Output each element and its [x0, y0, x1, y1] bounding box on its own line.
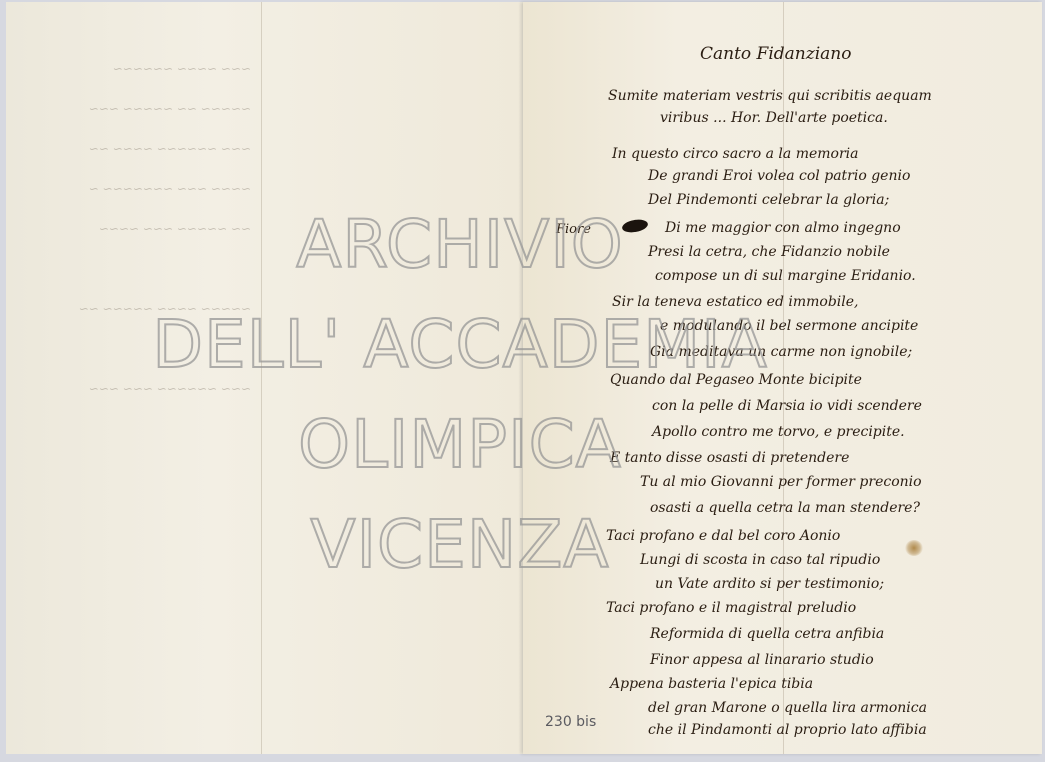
verse-line: Presi la cetra, che Fidanzio nobile	[648, 244, 890, 260]
margin-note: Fiore	[556, 222, 591, 237]
epigraph-line-2: viribus ... Hor. Dell'arte poetica.	[660, 110, 888, 126]
verse-line: In questo circo sacro a la memoria	[612, 146, 858, 162]
verse-line: Sir la teneva estatico ed immobile,	[612, 294, 858, 310]
verse-line: e modulando il bel sermone ancipite	[660, 318, 918, 334]
verse-line: Taci profano e dal bel coro Aonio	[606, 528, 840, 544]
epigraph-line-1: Sumite materiam vestris qui scribitis ae…	[608, 88, 932, 104]
verse-line: Di me maggior con almo ingegno	[665, 220, 901, 236]
verse-line: che il Pindamonti al proprio lato affibi…	[648, 722, 927, 738]
verse-line: del gran Marone o quella lira armonica	[648, 700, 927, 716]
verse-line: Apollo contro me torvo, e precipite.	[652, 424, 905, 440]
verse-line: con la pelle di Marsia io vidi scendere	[652, 398, 922, 414]
verse-line: Gia meditava un carme non ignobile;	[650, 344, 912, 360]
verse-line: compose un di sul margine Eridanio.	[655, 268, 916, 284]
ink-blot	[621, 218, 649, 234]
paper-stain	[905, 540, 923, 556]
verse-line: Lungi di scosta in caso tal ripudio	[640, 552, 880, 568]
poem-title: Canto Fidanziano	[700, 44, 851, 64]
manuscript-text: Canto Fidanziano Sumite materiam vestris…	[0, 0, 1045, 762]
verse-line: un Vate ardito si per testimonio;	[655, 576, 884, 592]
verse-line: Taci profano e il magistral preludio	[606, 600, 856, 616]
verse-line: E tanto disse osasti di pretendere	[610, 450, 849, 466]
verse-line: Finor appesa al linarario studio	[650, 652, 874, 668]
verse-line: Appena basteria l'epica tibia	[610, 676, 813, 692]
verse-line: Del Pindemonti celebrar la gloria;	[648, 192, 889, 208]
verse-line: Tu al mio Giovanni per former preconio	[640, 474, 922, 490]
shelfmark-number: 230 bis	[545, 714, 596, 730]
verse-line: Reformida di quella cetra anfibia	[650, 626, 884, 642]
verse-line: De grandi Eroi volea col patrio genio	[648, 168, 910, 184]
verse-line: osasti a quella cetra la man stendere?	[650, 500, 920, 516]
verse-line: Quando dal Pegaseo Monte bicipite	[610, 372, 862, 388]
